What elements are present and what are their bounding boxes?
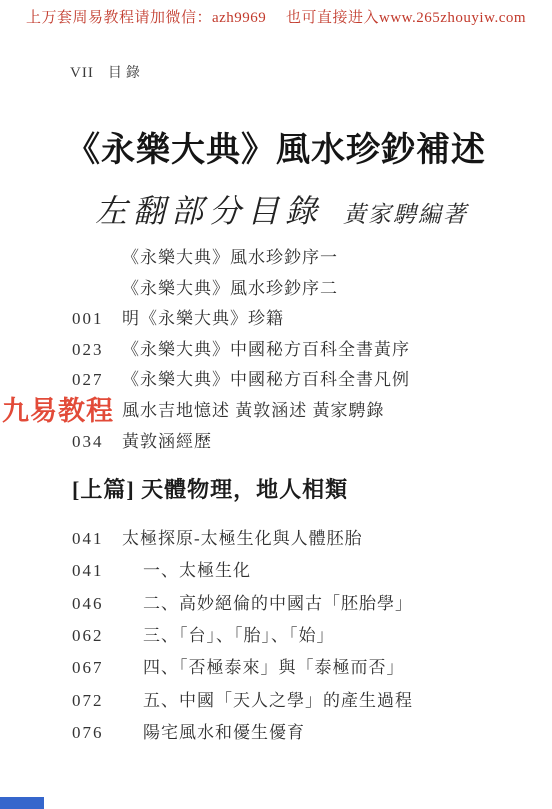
toc-entry-label: 四、「否極泰來」與「泰極而否」 [143,657,405,678]
toc-entry-label: 《永樂大典》中國秘方百科全書凡例 [122,369,410,390]
toc-row: 062 三、「台」、「胎」、「始」 [0,625,552,657]
promo-banner: 上万套周易教程请加微信：azh9969 也可直接进入www.265zhouyiw… [0,6,552,27]
toc-row: 041 太極探原-太極生化與人體胚胎 [0,528,552,560]
toc-page-number: 067 [72,657,122,678]
toc-row: 041 一、太極生化 [0,560,552,592]
toc-row: 001 明《永樂大典》珍籍 [0,308,552,339]
toc-row: 034 黃敦涵經歷 [0,431,552,462]
toc-page-number: 027 [72,369,122,390]
section-heading-upper-part: [上篇] 天體物理，地人相類 [72,473,552,504]
table-of-contents: 《永樂大典》風水珍鈔序一 《永樂大典》風水珍鈔序二 001 明《永樂大典》珍籍 … [0,247,552,754]
toc-row: 067 四、「否極泰來」與「泰極而否」 [0,657,552,689]
toc-entry-label: 黃敦涵經歷 [122,431,212,452]
subtitle: 左翻部分目錄 黃家騁編著 [95,186,468,232]
toc-page-number: 072 [72,690,122,711]
toc-row: 072 五、中國「天人之學」的產生過程 [0,690,552,722]
page-number: VII [70,65,94,82]
toc-row: 046 二、高妙絕倫的中國古「胚胎學」 [0,593,552,625]
subtitle-text: 左翻部分目錄 [95,186,323,232]
book-title: 《永樂大典》風水珍鈔補述 [0,122,552,171]
author-credit: 黃家騁編著 [343,196,468,229]
toc-page-number: 041 [72,528,122,549]
toc-entry-label: 二、高妙絕倫的中國古「胚胎學」 [143,593,413,614]
toc-page-number: 062 [72,625,122,646]
toc-entry-label: 太極探原-太極生化與人體胚胎 [122,528,363,549]
toc-row: 023 《永樂大典》中國秘方百科全書黃序 [0,339,552,370]
toc-page-number: 034 [72,431,122,452]
toc-section-items: 041 太極探原-太極生化與人體胚胎 041 一、太極生化 046 二、高妙絕倫… [0,528,552,754]
toc-page-number: 046 [72,593,122,614]
toc-entry-label: 《永樂大典》風水珍鈔序一 [122,247,338,268]
toc-entry-label: 《永樂大典》風水珍鈔序二 [122,278,338,299]
toc-page-number: 023 [72,339,122,360]
page-header-label: 目錄 [108,62,144,82]
toc-page-number: 041 [72,560,122,581]
toc-page-number: 076 [72,722,122,743]
toc-entry-label: 風水吉地憶述 黃敦涵述 黃家騁錄 [122,400,385,421]
toc-entry-label: 明《永樂大典》珍籍 [122,308,284,329]
toc-entry-label: 三、「台」、「胎」、「始」 [143,625,335,646]
toc-row: 076 陽宅風水和優生優育 [0,722,552,754]
toc-entry-label: 《永樂大典》中國秘方百科全書黃序 [122,339,410,360]
bottom-left-blue-bar [0,797,44,809]
toc-entry-label: 陽宅風水和優生優育 [143,722,305,743]
watermark: 九易教程 [2,389,114,428]
toc-row: 《永樂大典》風水珍鈔序二 [0,278,552,309]
page-header: VII 目錄 [70,62,144,82]
toc-page-number: 001 [72,308,122,329]
toc-entry-label: 五、中國「天人之學」的產生過程 [143,690,413,711]
toc-row: 《永樂大典》風水珍鈔序一 [0,247,552,278]
toc-entry-label: 一、太極生化 [143,560,251,581]
